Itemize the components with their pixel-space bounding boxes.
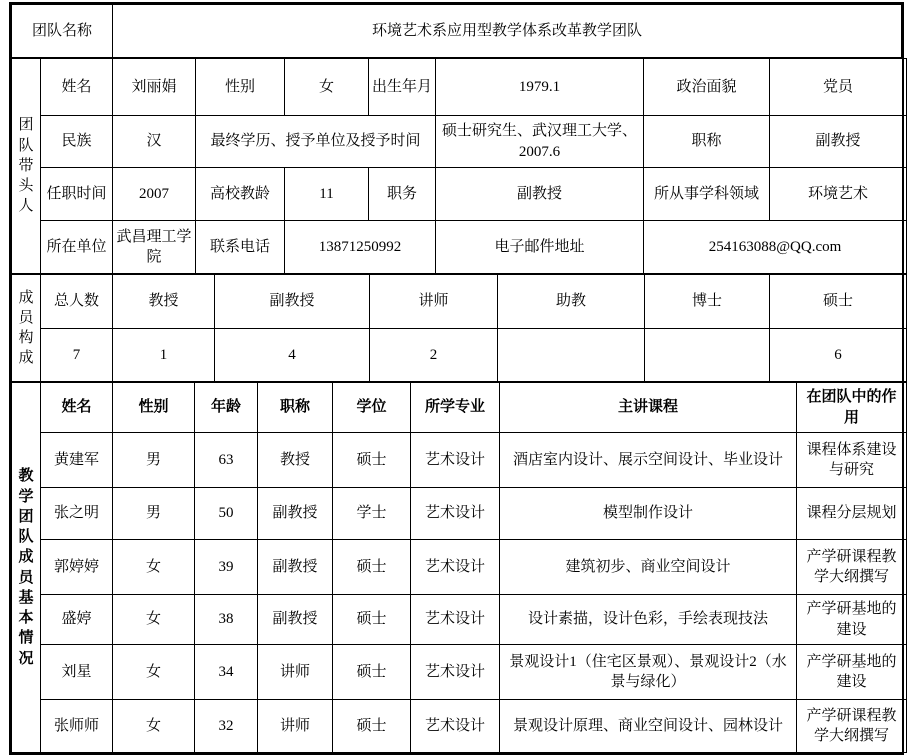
leader-tenure-value: 2007 [113, 168, 196, 221]
member-gender: 男 [113, 488, 195, 540]
member-name: 张之明 [41, 488, 113, 540]
team-name-label: 团队名称 [12, 5, 113, 58]
leader-section: 团队带头人 姓名 刘丽娟 性别 女 出生年月 1979.1 政治面貌 党员 民族… [11, 58, 907, 274]
leader-row-3: 任职时间 2007 高校教龄 11 职务 副教授 所从事学科领域 环境艺术 [12, 168, 907, 221]
composition-header-row: 成员构成 总人数 教授 副教授 讲师 助教 博士 硕士 [12, 275, 907, 329]
leader-phone-value: 13871250992 [285, 221, 436, 274]
members-header-major: 所学专业 [411, 383, 500, 433]
member-name: 盛婷 [41, 595, 113, 645]
member-degree: 硕士 [333, 433, 411, 488]
leader-title-value: 副教授 [770, 116, 907, 168]
member-row: 盛婷 女 38 副教授 硕士 艺术设计 设计素描，设计色彩，手绘表现技法 产学研… [12, 595, 907, 645]
member-courses: 景观设计1（住宅区景观）、景观设计2（水景与绿化） [500, 645, 797, 700]
leader-row-1: 团队带头人 姓名 刘丽娟 性别 女 出生年月 1979.1 政治面貌 党员 [12, 59, 907, 116]
leader-row-2: 民族 汉 最终学历、授予单位及授予时间 硕士研究生、武汉理工大学、2007.6 … [12, 116, 907, 168]
composition-header-professor: 教授 [113, 275, 215, 329]
leader-phone-label: 联系电话 [196, 221, 285, 274]
member-title: 副教授 [258, 540, 333, 595]
members-header-role: 在团队中的作用 [797, 383, 907, 433]
leader-row-4: 所在单位 武昌理工学院 联系电话 13871250992 电子邮件地址 2541… [12, 221, 907, 274]
member-title: 讲师 [258, 645, 333, 700]
member-name: 张师师 [41, 700, 113, 753]
member-row: 张师师 女 32 讲师 硕士 艺术设计 景观设计原理、商业空间设计、园林设计 产… [12, 700, 907, 753]
leader-degree-value: 硕士研究生、武汉理工大学、2007.6 [436, 116, 644, 168]
member-major: 艺术设计 [411, 700, 500, 753]
members-header-degree: 学位 [333, 383, 411, 433]
member-role: 课程体系建设与研究 [797, 433, 907, 488]
leader-gender-label: 性别 [196, 59, 285, 116]
member-gender: 女 [113, 645, 195, 700]
leader-duty-value: 副教授 [436, 168, 644, 221]
leader-teach-age-value: 11 [285, 168, 369, 221]
members-header-gender: 性别 [113, 383, 195, 433]
member-major: 艺术设计 [411, 433, 500, 488]
member-name: 刘星 [41, 645, 113, 700]
member-age: 38 [195, 595, 258, 645]
leader-email-value: 254163088@QQ.com [644, 221, 907, 274]
members-header-title: 职称 [258, 383, 333, 433]
composition-lecturer-value: 2 [370, 329, 498, 382]
member-title: 教授 [258, 433, 333, 488]
member-courses: 建筑初步、商业空间设计 [500, 540, 797, 595]
member-role: 产学研课程教学大纲撰写 [797, 540, 907, 595]
leader-field-label: 所从事学科领域 [644, 168, 770, 221]
leader-title-label: 职称 [644, 116, 770, 168]
member-gender: 男 [113, 433, 195, 488]
member-age: 32 [195, 700, 258, 753]
composition-header-assistant: 助教 [498, 275, 645, 329]
leader-gender-value: 女 [285, 59, 369, 116]
composition-header-assoc-professor: 副教授 [215, 275, 370, 329]
composition-master-value: 6 [770, 329, 907, 382]
member-role: 产学研基地的建设 [797, 645, 907, 700]
member-major: 艺术设计 [411, 595, 500, 645]
member-degree: 硕士 [333, 700, 411, 753]
leader-name-value: 刘丽娟 [113, 59, 196, 116]
members-side-label: 教学团队成员基本情况 [12, 383, 41, 753]
members-header-row: 教学团队成员基本情况 姓名 性别 年龄 职称 学位 所学专业 主讲课程 在团队中… [12, 383, 907, 433]
member-role: 产学研基地的建设 [797, 595, 907, 645]
members-header-name: 姓名 [41, 383, 113, 433]
member-major: 艺术设计 [411, 540, 500, 595]
member-age: 39 [195, 540, 258, 595]
composition-header-total: 总人数 [41, 275, 113, 329]
composition-side-label: 成员构成 [12, 275, 41, 382]
composition-professor-value: 1 [113, 329, 215, 382]
member-courses: 设计素描，设计色彩，手绘表现技法 [500, 595, 797, 645]
member-courses: 模型制作设计 [500, 488, 797, 540]
composition-header-master: 硕士 [770, 275, 907, 329]
member-role: 产学研课程教学大纲撰写 [797, 700, 907, 753]
member-row: 刘星 女 34 讲师 硕士 艺术设计 景观设计1（住宅区景观）、景观设计2（水景… [12, 645, 907, 700]
composition-total-value: 7 [41, 329, 113, 382]
member-gender: 女 [113, 700, 195, 753]
member-degree: 学士 [333, 488, 411, 540]
leader-tenure-label: 任职时间 [41, 168, 113, 221]
leader-duty-label: 职务 [369, 168, 436, 221]
team-name-row: 团队名称 环境艺术系应用型教学体系改革教学团队 [12, 5, 902, 58]
member-age: 50 [195, 488, 258, 540]
leader-political-label: 政治面貌 [644, 59, 770, 116]
member-name: 郭婷婷 [41, 540, 113, 595]
leader-unit-value: 武昌理工学院 [113, 221, 196, 274]
member-title: 副教授 [258, 595, 333, 645]
composition-doctor-value [645, 329, 770, 382]
leader-unit-label: 所在单位 [41, 221, 113, 274]
leader-teach-age-label: 高校教龄 [196, 168, 285, 221]
composition-section: 成员构成 总人数 教授 副教授 讲师 助教 博士 硕士 7 1 4 2 6 [11, 274, 907, 382]
leader-political-value: 党员 [770, 59, 907, 116]
composition-header-lecturer: 讲师 [370, 275, 498, 329]
composition-assoc-professor-value: 4 [215, 329, 370, 382]
leader-field-value: 环境艺术 [770, 168, 907, 221]
member-row: 郭婷婷 女 39 副教授 硕士 艺术设计 建筑初步、商业空间设计 产学研课程教学… [12, 540, 907, 595]
leader-side-label: 团队带头人 [12, 59, 41, 274]
member-age: 34 [195, 645, 258, 700]
members-header-age: 年龄 [195, 383, 258, 433]
team-name-value: 环境艺术系应用型教学体系改革教学团队 [113, 5, 902, 58]
composition-assistant-value [498, 329, 645, 382]
member-row: 黄建军 男 63 教授 硕士 艺术设计 酒店室内设计、展示空间设计、毕业设计 课… [12, 433, 907, 488]
member-major: 艺术设计 [411, 645, 500, 700]
member-gender: 女 [113, 540, 195, 595]
member-row: 张之明 男 50 副教授 学士 艺术设计 模型制作设计 课程分层规划 [12, 488, 907, 540]
member-degree: 硕士 [333, 595, 411, 645]
members-header-courses: 主讲课程 [500, 383, 797, 433]
member-degree: 硕士 [333, 645, 411, 700]
member-title: 讲师 [258, 700, 333, 753]
composition-value-row: 7 1 4 2 6 [12, 329, 907, 382]
leader-email-label: 电子邮件地址 [436, 221, 644, 274]
member-courses: 酒店室内设计、展示空间设计、毕业设计 [500, 433, 797, 488]
leader-birth-label: 出生年月 [369, 59, 436, 116]
member-degree: 硕士 [333, 540, 411, 595]
member-role: 课程分层规划 [797, 488, 907, 540]
leader-birth-value: 1979.1 [436, 59, 644, 116]
team-name-section: 团队名称 环境艺术系应用型教学体系改革教学团队 [11, 4, 902, 58]
member-courses: 景观设计原理、商业空间设计、园林设计 [500, 700, 797, 753]
member-name: 黄建军 [41, 433, 113, 488]
leader-degree-label: 最终学历、授予单位及授予时间 [196, 116, 436, 168]
members-section: 教学团队成员基本情况 姓名 性别 年龄 职称 学位 所学专业 主讲课程 在团队中… [11, 382, 907, 753]
team-info-form: 团队名称 环境艺术系应用型教学体系改革教学团队 团队带头人 姓名 刘丽娟 性别 … [9, 2, 904, 755]
member-age: 63 [195, 433, 258, 488]
member-gender: 女 [113, 595, 195, 645]
member-major: 艺术设计 [411, 488, 500, 540]
leader-name-label: 姓名 [41, 59, 113, 116]
leader-ethnic-label: 民族 [41, 116, 113, 168]
leader-ethnic-value: 汉 [113, 116, 196, 168]
member-title: 副教授 [258, 488, 333, 540]
composition-header-doctor: 博士 [645, 275, 770, 329]
